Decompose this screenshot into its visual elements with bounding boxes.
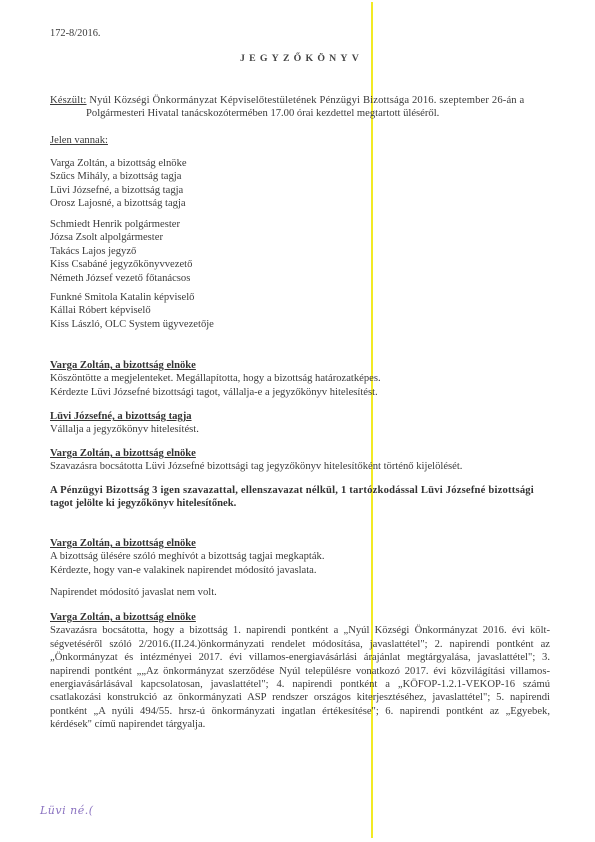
prepared-label: Készült: <box>50 95 87 106</box>
document-title: JEGYZŐKÖNYV <box>0 52 595 65</box>
decision-line-2: tagot jelölte ki jegyzőkönyv hitelesítőn… <box>50 497 550 510</box>
paragraph-line: Kérdezte Lüvi Józsefné bizottsági tagot,… <box>50 386 550 399</box>
list-item: Kiss László, OLC System ügyvezetője <box>50 318 214 331</box>
prepared-line-2: Polgármesteri Hivatal tanácskozótermében… <box>50 107 550 120</box>
paragraph-line: A bizottság ülésére szóló meghívót a biz… <box>50 550 550 563</box>
list-item: Funkné Smitola Katalin képviselő <box>50 291 214 304</box>
minutes-section: Varga Zoltán, a bizottság elnöke Szavazá… <box>50 447 550 474</box>
list-item: Lüvi Józsefné, a bizottság tagja <box>50 184 187 197</box>
paragraph-line: Szavazásra bocsátotta Lüvi Józsefné bizo… <box>50 460 550 473</box>
minutes-section: Varga Zoltán, a bizottság elnöke A bizot… <box>50 537 550 577</box>
decision-statement: A Pénzügyi Bizottság 3 igen szavazattal,… <box>50 484 550 511</box>
paragraph-line: energiavásárlásával kapcsolatosan, javas… <box>50 678 550 691</box>
paragraph-line: „Önkormányzat és intézményei 2017. évi v… <box>50 651 550 664</box>
minutes-section: Lüvi Józsefné, a bizottság tagja Vállalj… <box>50 410 550 437</box>
list-item: Németh József vezető főtanácsos <box>50 272 192 285</box>
paragraph-line: napirendi pontként „„Az önkormányzat sze… <box>50 665 550 678</box>
speaker-heading: Lüvi Józsefné, a bizottság tagja <box>50 410 550 423</box>
reference-number: 172-8/2016. <box>50 27 101 40</box>
speaker-heading: Varga Zoltán, a bizottság elnöke <box>50 537 550 550</box>
paragraph-line: Szavazásra bocsátotta, hogy a bizottság … <box>50 624 550 637</box>
list-item: Schmiedt Henrik polgármester <box>50 218 192 231</box>
prepared-line-1: Készült: Nyúl Községi Önkormányzat Képvi… <box>50 94 550 107</box>
handwritten-signature: Lüvi né.( <box>40 804 94 817</box>
list-item: Orosz Lajosné, a bizottság tagja <box>50 197 187 210</box>
prepared-text-1: Nyúl Községi Önkormányzat Képviselőtestü… <box>89 95 524 106</box>
guests-list: Funkné Smitola Katalin képviselő Kállai … <box>50 291 214 331</box>
paragraph-line: Vállalja a jegyzőkönyv hitelesítést. <box>50 423 550 436</box>
officials-list: Schmiedt Henrik polgármester Józsa Zsolt… <box>50 218 192 285</box>
committee-members-list: Varga Zoltán, a bizottság elnöke Szűcs M… <box>50 157 187 211</box>
speaker-heading: Varga Zoltán, a bizottság elnöke <box>50 447 550 460</box>
list-item: Kállai Róbert képviselő <box>50 304 214 317</box>
present-label: Jelen vannak: <box>50 134 108 147</box>
list-item: Takács Lajos jegyző <box>50 245 192 258</box>
list-item: Szűcs Mihály, a bizottság tagja <box>50 170 187 183</box>
paragraph-line: pontként „A nyúli 494/55. hrsz-ú önkormá… <box>50 705 550 718</box>
decision-line-1: A Pénzügyi Bizottság 3 igen szavazattal,… <box>50 484 550 497</box>
paragraph-line: csatlakozási konstrukció az önkormányzat… <box>50 691 550 704</box>
list-item: Kiss Csabáné jegyzőkönyvvezető <box>50 258 192 271</box>
paragraph-line: Kérdezte, hogy van-e valakinek napirende… <box>50 564 550 577</box>
agenda-note: Napirendet módosító javaslat nem volt. <box>50 586 217 599</box>
list-item: Józsa Zsolt alpolgármester <box>50 231 192 244</box>
speaker-heading: Varga Zoltán, a bizottság elnöke <box>50 611 550 624</box>
paragraph-line: Köszöntötte a megjelenteket. Megállapíto… <box>50 372 550 385</box>
paragraph-line: ségvetéséről szóló 2/2016.(II.24.)önkorm… <box>50 638 550 651</box>
document-page: 172-8/2016. JEGYZŐKÖNYV Készült: Nyúl Kö… <box>0 0 595 842</box>
paragraph-line: kérdések" című napirendet tárgyalja. <box>50 718 550 731</box>
minutes-section: Varga Zoltán, a bizottság elnöke Szavazá… <box>50 611 550 732</box>
speaker-heading: Varga Zoltán, a bizottság elnöke <box>50 359 550 372</box>
list-item: Varga Zoltán, a bizottság elnöke <box>50 157 187 170</box>
prepared-statement: Készült: Nyúl Községi Önkormányzat Képvi… <box>50 94 550 121</box>
minutes-section: Varga Zoltán, a bizottság elnöke Köszönt… <box>50 359 550 399</box>
